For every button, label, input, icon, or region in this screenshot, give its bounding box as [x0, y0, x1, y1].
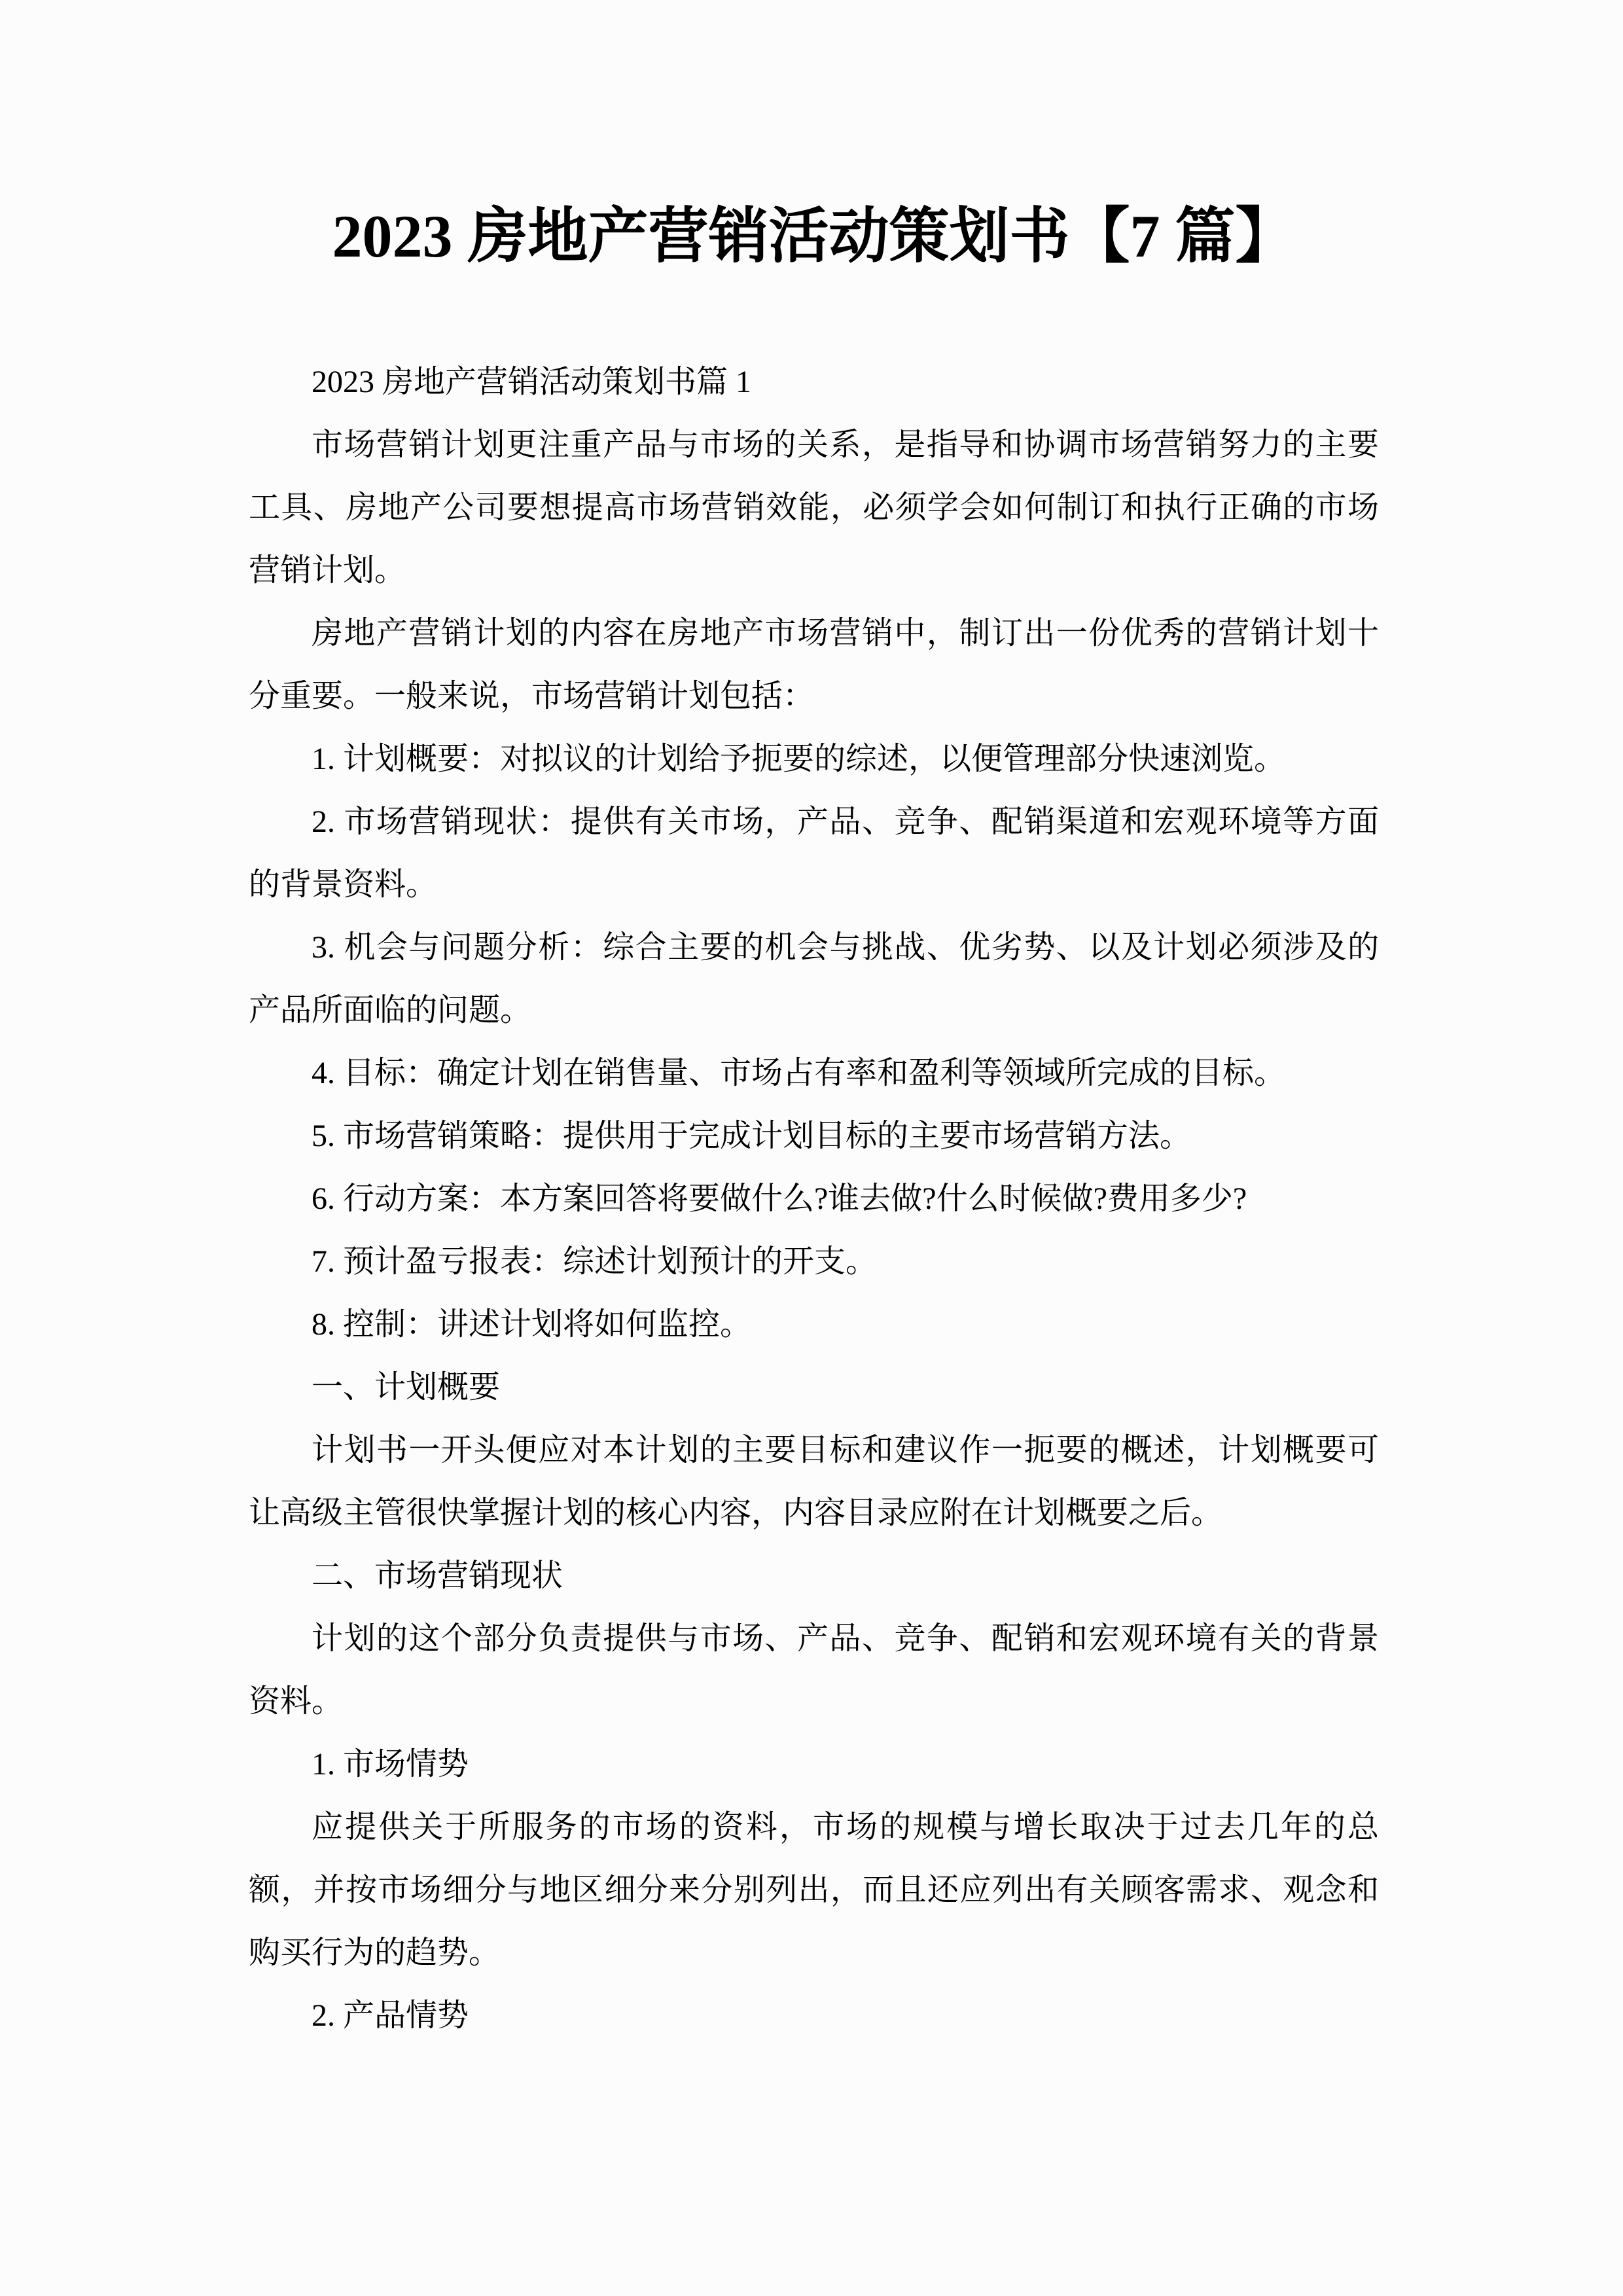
- paragraph: 房地产营销计划的内容在房地产市场营销中，制订出一份优秀的营销计划十分重要。一般来…: [249, 602, 1379, 728]
- paragraph: 一、计划概要: [249, 1356, 1379, 1419]
- paragraph: 二、市场营销现状: [249, 1545, 1379, 1607]
- paragraph: 计划书一开头便应对本计划的主要目标和建议作一扼要的概述，计划概要可让高级主管很快…: [249, 1419, 1379, 1545]
- paragraph: 计划的这个部分负责提供与市场、产品、竞争、配销和宏观环境有关的背景资料。: [249, 1607, 1379, 1733]
- document-body: 2023 房地产营销活动策划书篇 1市场营销计划更注重产品与市场的关系，是指导和…: [249, 351, 1379, 2047]
- paragraph: 1. 计划概要：对拟议的计划给予扼要的综述，以便管理部分快速浏览。: [249, 728, 1379, 791]
- paragraph: 6. 行动方案：本方案回答将要做什么?谁去做?什么时候做?费用多少?: [249, 1168, 1379, 1230]
- paragraph: 2023 房地产营销活动策划书篇 1: [249, 351, 1379, 414]
- paragraph: 应提供关于所服务的市场的资料，市场的规模与增长取决于过去几年的总额，并按市场细分…: [249, 1796, 1379, 1984]
- paragraph: 2. 市场营销现状：提供有关市场，产品、竞争、配销渠道和宏观环境等方面的背景资料…: [249, 791, 1379, 916]
- paragraph: 8. 控制：讲述计划将如何监控。: [249, 1293, 1379, 1356]
- paragraph: 市场营销计划更注重产品与市场的关系，是指导和协调市场营销努力的主要工具、房地产公…: [249, 414, 1379, 602]
- document-page: 2023 房地产营销活动策划书【7 篇】 2023 房地产营销活动策划书篇 1市…: [0, 0, 1623, 2296]
- paragraph: 7. 预计盈亏报表：综述计划预计的开支。: [249, 1230, 1379, 1293]
- paragraph: 5. 市场营销策略：提供用于完成计划目标的主要市场营销方法。: [249, 1105, 1379, 1168]
- paragraph: 2. 产品情势: [249, 1984, 1379, 2047]
- paragraph: 1. 市场情势: [249, 1733, 1379, 1796]
- paragraph: 3. 机会与问题分析：综合主要的机会与挑战、优劣势、以及计划必须涉及的产品所面临…: [249, 916, 1379, 1042]
- paragraph: 4. 目标：确定计划在销售量、市场占有率和盈利等领域所完成的目标。: [249, 1042, 1379, 1105]
- page-title: 2023 房地产营销活动策划书【7 篇】: [249, 202, 1379, 271]
